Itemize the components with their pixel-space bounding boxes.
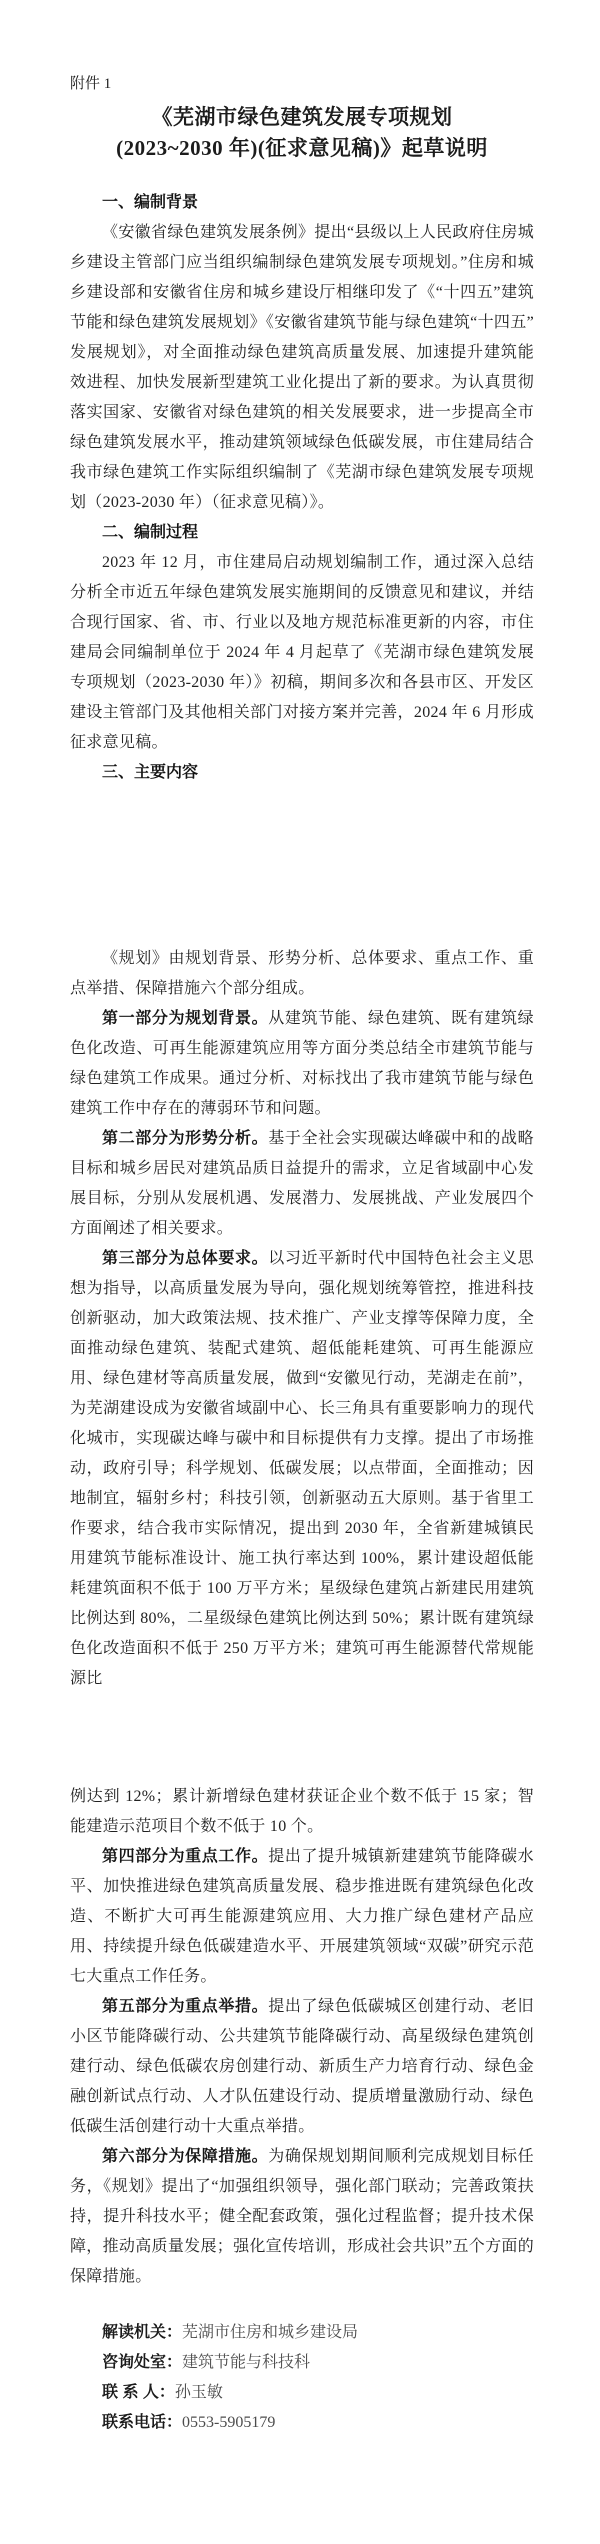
document-title: 《芜湖市绿色建筑发展专项规划 (2023~2030 年)(征求意见稿)》起草说明: [70, 102, 534, 164]
para-part4-key-work: 第四部分为重点工作。提出了提升城镇新建建筑节能降碳水平、加快推进绿色建筑高质量发…: [70, 1842, 534, 1992]
contact-row-contact-person: 联 系 人：孙玉敏: [70, 2378, 534, 2408]
title-line-2: (2023~2030 年)(征求意见稿)》起草说明: [70, 133, 534, 164]
para-main-content-intro: 《规划》由规划背景、形势分析、总体要求、重点工作、重点举措、保障措施六个部分组成…: [70, 944, 534, 1004]
contact-person-value: 孙玉敏: [175, 2384, 223, 2401]
para-part2-situation-analysis: 第二部分为形势分析。基于全社会实现碳达峰碳中和的战略目标和城乡居民对建筑品质日益…: [70, 1124, 534, 1244]
part5-body: 提出了绿色低碳城区创建行动、老旧小区节能降碳行动、公共建筑节能降碳行动、高星级绿…: [70, 1998, 534, 2135]
attachment-label: 附件 1: [70, 74, 534, 94]
contact-person-label: 联 系 人：: [102, 2384, 175, 2401]
para-part6-safeguard-measures: 第六部分为保障措施。为确保规划期间顺利完成规划目标任务，《规划》提出了“加强组织…: [70, 2142, 534, 2292]
para-part1-planning-background: 第一部分为规划背景。从建筑节能、绿色建筑、既有建筑绿色化改造、可再生能源建筑应用…: [70, 1004, 534, 1124]
part3-body-page2: 以习近平新时代中国特色社会主义思想为指导，以高质量发展为导向，强化规划统筹管控，…: [70, 1250, 534, 1687]
contact-row-phone: 联系电话：0553-5905179: [70, 2408, 534, 2438]
part6-body: 为确保规划期间顺利完成规划目标任务，《规划》提出了“加强组织领导，强化部门联动；…: [70, 2148, 534, 2285]
para-compilation-process: 2023 年 12 月，市住建局启动规划编制工作，通过深入总结分析全市近五年绿色…: [70, 548, 534, 758]
heading-compilation-process: 二、编制过程: [70, 518, 534, 548]
heading-main-content: 三、主要内容: [70, 758, 534, 788]
document-page-3: 例达到 12%；累计新增绿色建材获证企业个数不低于 15 家；智能建造示范项目个…: [0, 1696, 600, 2544]
document-page-2: 《规划》由规划背景、形势分析、总体要求、重点工作、重点举措、保障措施六个部分组成…: [0, 848, 600, 1696]
part6-lead: 第六部分为保障措施。: [102, 2148, 268, 2165]
para-part3-overall-requirements: 第三部分为总体要求。以习近平新时代中国特色社会主义思想为指导，以高质量发展为导向…: [70, 1244, 534, 1694]
phone-value: 0553-5905179: [182, 2414, 275, 2431]
para-part5-key-measures: 第五部分为重点举措。提出了绿色低碳城区创建行动、老旧小区节能降碳行动、公共建筑节…: [70, 1992, 534, 2142]
interpreting-agency-value: 芜湖市住房和城乡建设局: [182, 2324, 358, 2341]
contact-block: 解读机关：芜湖市住房和城乡建设局 咨询处室：建筑节能与科技科 联 系 人：孙玉敏…: [70, 2318, 534, 2438]
part4-lead: 第四部分为重点工作。: [102, 1848, 268, 1865]
title-line-1: 《芜湖市绿色建筑发展专项规划: [70, 102, 534, 133]
consulting-office-label: 咨询处室：: [102, 2354, 182, 2371]
interpreting-agency-label: 解读机关：: [102, 2324, 182, 2341]
part2-lead: 第二部分为形势分析。: [102, 1130, 268, 1147]
heading-compilation-background: 一、编制背景: [70, 188, 534, 218]
document-page-1: 附件 1 《芜湖市绿色建筑发展专项规划 (2023~2030 年)(征求意见稿)…: [0, 0, 600, 848]
part3-lead: 第三部分为总体要求。: [102, 1250, 268, 1267]
consulting-office-value: 建筑节能与科技科: [182, 2354, 310, 2371]
part1-lead: 第一部分为规划背景。: [102, 1010, 268, 1027]
para-part3-overall-requirements-continued: 例达到 12%；累计新增绿色建材获证企业个数不低于 15 家；智能建造示范项目个…: [70, 1782, 534, 1842]
para-compilation-background: 《安徽省绿色建筑发展条例》提出“县级以上人民政府住房城乡建设主管部门应当组织编制…: [70, 218, 534, 518]
phone-label: 联系电话：: [102, 2414, 182, 2431]
contact-row-consulting-office: 咨询处室：建筑节能与科技科: [70, 2348, 534, 2378]
part4-body: 提出了提升城镇新建建筑节能降碳水平、加快推进绿色建筑高质量发展、稳步推进既有建筑…: [70, 1848, 534, 1985]
part5-lead: 第五部分为重点举措。: [102, 1998, 268, 2015]
contact-row-interpreting-agency: 解读机关：芜湖市住房和城乡建设局: [70, 2318, 534, 2348]
